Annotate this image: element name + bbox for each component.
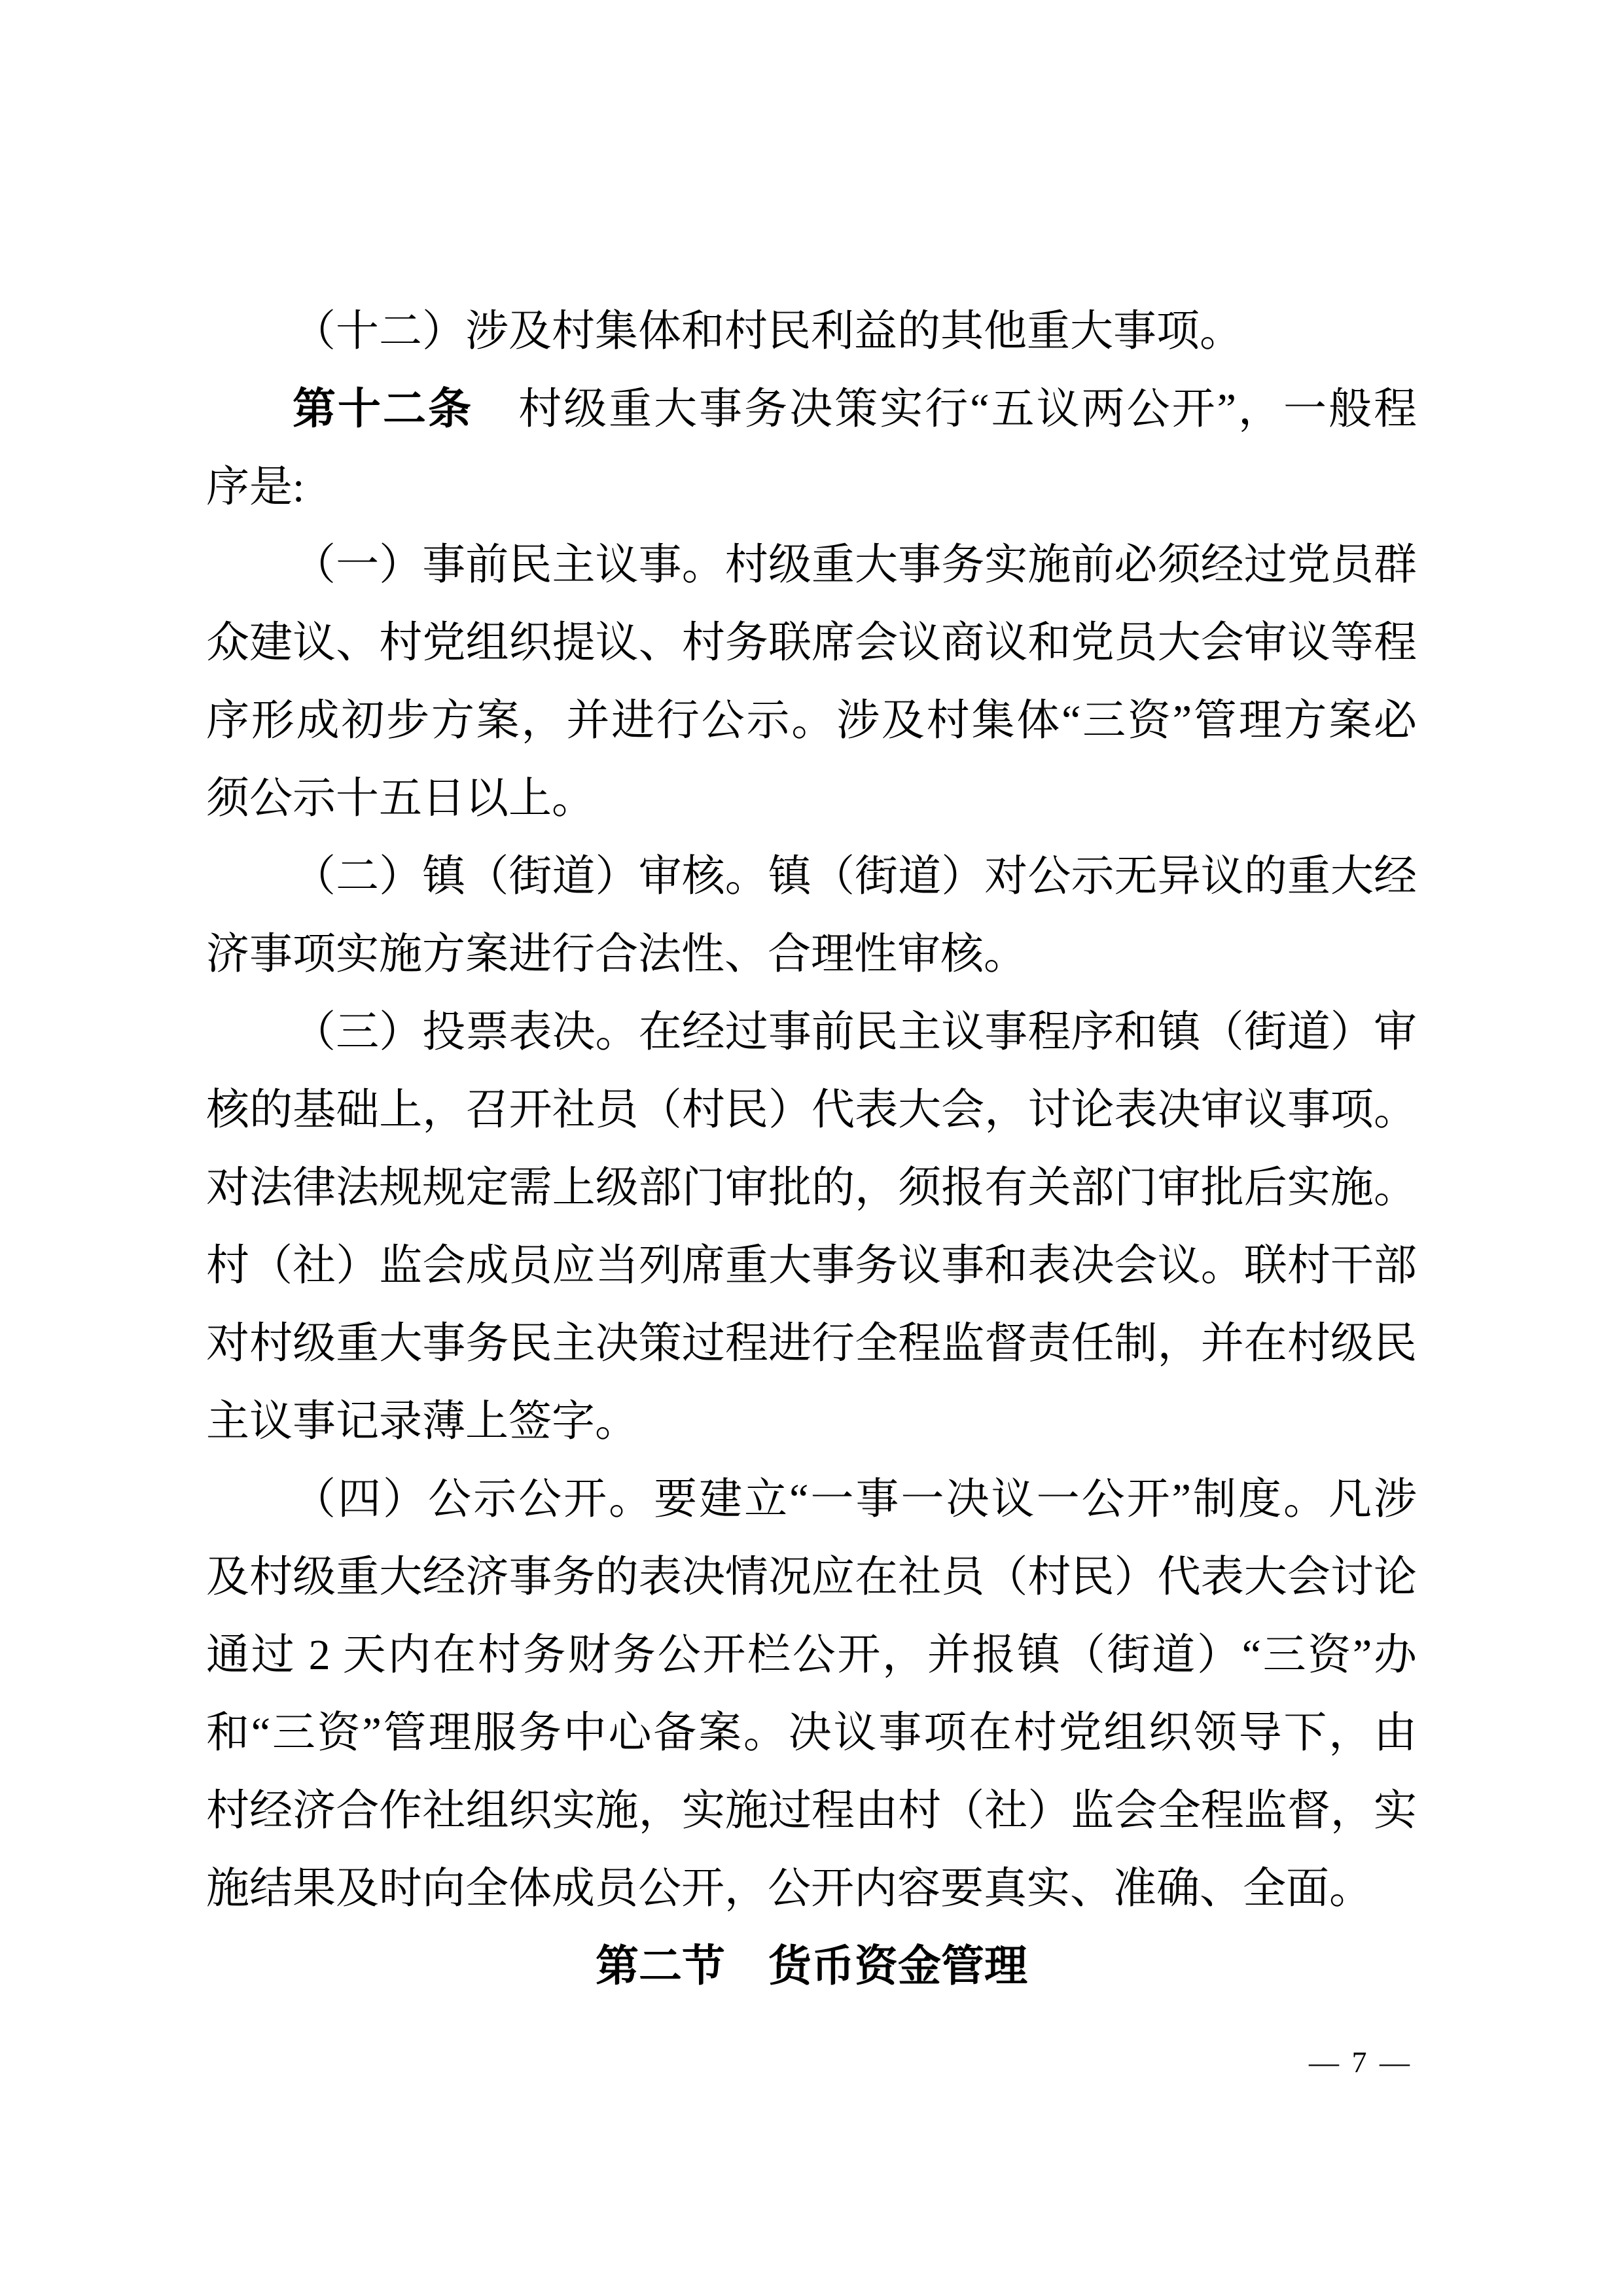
text-line: （一）事前民主议事。村级重大事务实施前必须经过党员群 — [206, 526, 1417, 604]
section-heading: 第二节 货币资金管理 — [206, 1928, 1417, 2005]
article-number-run: 第十二条 — [293, 385, 473, 433]
text-line-article: 第十二条 村级重大事务决策实行“五议两公开”，一般程 — [206, 370, 1417, 448]
text-line: 和“三资”管理服务中心备案。决议事项在村党组织领导下，由 — [206, 1694, 1417, 1772]
text-line: 济事项实施方案进行合法性、合理性审核。 — [206, 915, 1417, 993]
page-number: — 7 — — [1309, 2043, 1412, 2082]
text-line: 主议事记录薄上签字。 — [206, 1383, 1417, 1460]
text-line: 村（社）监会成员应当列席重大事务议事和表决会议。联村干部 — [206, 1227, 1417, 1305]
text-line: 核的基础上，召开社员（村民）代表大会，讨论表决审议事项。 — [206, 1071, 1417, 1149]
text-line: （四）公示公开。要建立“一事一决议一公开”制度。凡涉 — [206, 1460, 1417, 1538]
text-line: 序形成初步方案，并进行公示。涉及村集体“三资”管理方案必 — [206, 682, 1417, 760]
document-page: （十二）涉及村集体和村民利益的其他重大事项。 第十二条 村级重大事务决策实行“五… — [0, 0, 1623, 2296]
text-line: 众建议、村党组织提议、村务联席会议商议和党员大会审议等程 — [206, 604, 1417, 682]
article-text-run: 村级重大事务决策实行“五议两公开”，一般程 — [473, 385, 1417, 433]
text-line: 施结果及时向全体成员公开，公开内容要真实、准确、全面。 — [206, 1850, 1417, 1928]
text-line: 及村级重大经济事务的表决情况应在社员（村民）代表大会讨论 — [206, 1538, 1417, 1616]
text-line: （二）镇（街道）审核。镇（街道）对公示无异议的重大经 — [206, 838, 1417, 915]
text-line: 村经济合作社组织实施，实施过程由村（社）监会全程监督，实 — [206, 1772, 1417, 1850]
text-line: 须公示十五日以上。 — [206, 760, 1417, 838]
text-line: 序是: — [206, 448, 1417, 526]
text-line: 通过 2 天内在村务财务公开栏公开，并报镇（街道）“三资”办 — [206, 1616, 1417, 1694]
text-line: （三）投票表决。在经过事前民主议事程序和镇（街道）审 — [206, 993, 1417, 1071]
document-body: （十二）涉及村集体和村民利益的其他重大事项。 第十二条 村级重大事务决策实行“五… — [206, 292, 1417, 2005]
text-line: （十二）涉及村集体和村民利益的其他重大事项。 — [206, 292, 1417, 370]
text-line: 对法律法规规定需上级部门审批的，须报有关部门审批后实施。 — [206, 1149, 1417, 1227]
text-line: 对村级重大事务民主决策过程进行全程监督责任制，并在村级民 — [206, 1305, 1417, 1383]
